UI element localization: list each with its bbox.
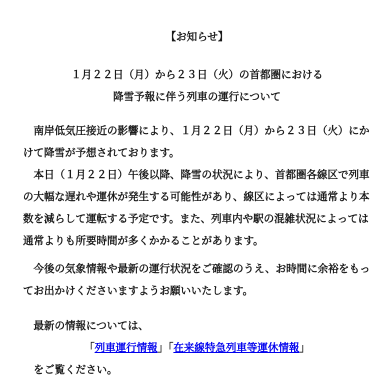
paragraph-latest-info: 最新の情報については、 「列車運行情報」「在来線特急列車等運休情報」 をご覧くだ…	[23, 315, 371, 381]
notice-page: 【お知らせ】 １月２２日（月）から２３日（火）の首都圏における 降雪予報に伴う列…	[0, 0, 390, 381]
notice-heading: １月２２日（月）から２３日（火）の首都圏における 降雪予報に伴う列車の運行につい…	[23, 64, 371, 108]
paragraph-line: 数を減らして運転する予定です。また、列車内や駅の混雑状況によっては	[23, 208, 371, 230]
paragraph-line: てお出かけくださいますようお願いいたします。	[23, 280, 371, 302]
paragraph-line: 本日（１月２２日）午後以降、降雪の状況により、首都圏各線区で列車	[23, 164, 371, 186]
paragraph-passenger-request: 今後の気象情報や最新の運行状況をご確認のうえ、お時間に余裕をもっ てお出かけくだ…	[23, 258, 371, 302]
heading-line-1: １月２２日（月）から２３日（火）の首都圏における	[23, 64, 371, 86]
latest-info-outro: をご覧ください。	[23, 359, 371, 381]
limited-express-suspension-info-link[interactable]: 在来線特急列車等運休情報	[173, 342, 299, 354]
paragraph-line: 今後の気象情報や最新の運行状況をご確認のうえ、お時間に余裕をもっ	[23, 258, 371, 280]
paragraph-operation-plan: 本日（１月２２日）午後以降、降雪の状況により、首都圏各線区で列車 の大幅な遅れや…	[23, 164, 371, 252]
paragraph-line: 南岸低気圧接近の影響により、１月２２日（月）から２３日（火）にか	[23, 120, 371, 142]
paragraph-line: けて降雪が予想されております。	[23, 142, 371, 164]
bracket-text: 」	[299, 342, 310, 354]
latest-info-intro: 最新の情報については、	[23, 315, 371, 337]
paragraph-snow-forecast: 南岸低気圧接近の影響により、１月２２日（月）から２３日（火）にか けて降雪が予想…	[23, 120, 371, 164]
bracket-text: 」	[158, 342, 169, 354]
bracket-text: 「	[84, 342, 95, 354]
info-links-line: 「列車運行情報」「在来線特急列車等運休情報」	[23, 337, 371, 359]
paragraph-line: の大幅な遅れや運休が発生する可能性があり、線区によっては通常より本	[23, 186, 371, 208]
paragraph-line: 通常よりも所要時間が多くかかることがあります。	[23, 230, 371, 252]
heading-line-2: 降雪予報に伴う列車の運行について	[23, 86, 371, 108]
notice-title: 【お知らせ】	[23, 26, 371, 48]
train-operation-info-link[interactable]: 列車運行情報	[95, 342, 158, 354]
